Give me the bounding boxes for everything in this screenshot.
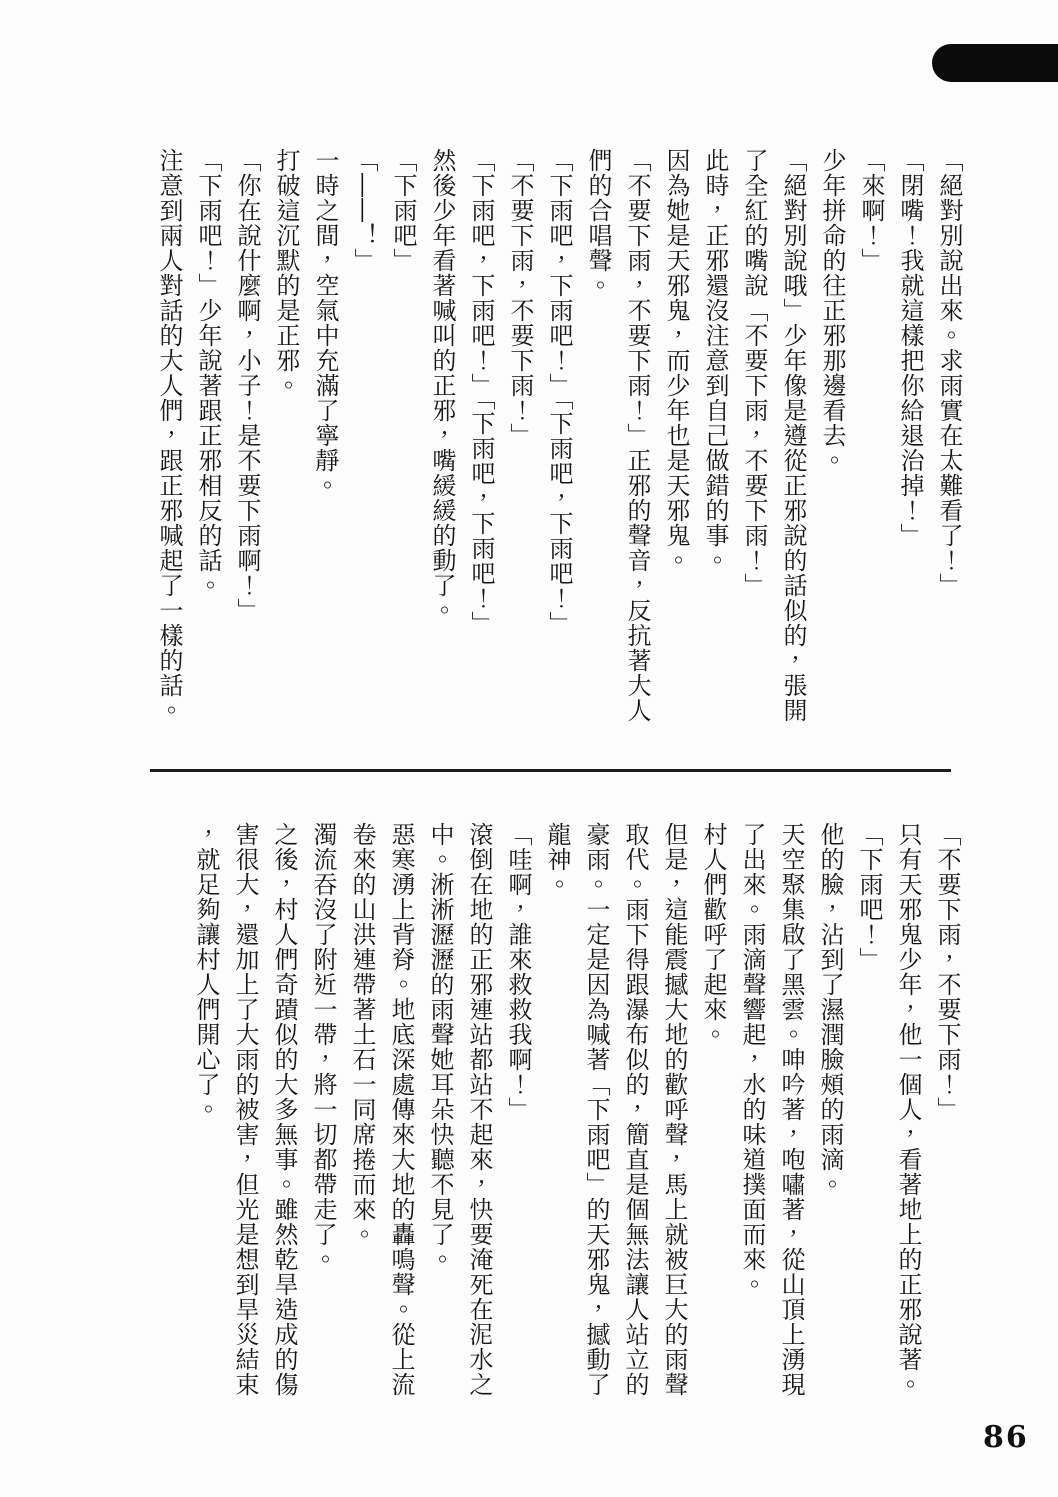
text-column: 「絕對別說哦」少年像是遵從正邪說的話似的，張開 bbox=[773, 148, 812, 726]
text-column: 「閉嘴！我就這樣把你給退治掉！」 bbox=[890, 148, 929, 726]
text-column: 了出來。雨滴聲響起，水的味道撲面而來。 bbox=[732, 822, 771, 1400]
section-divider-line bbox=[150, 769, 951, 772]
text-column: 「來啊！」 bbox=[851, 148, 890, 726]
text-column: 然後少年看著喊叫的正邪，嘴緩緩的動了。 bbox=[422, 148, 461, 726]
text-column: 只有天邪鬼少年，他一個人，看著地上的正邪說著。 bbox=[888, 822, 927, 1400]
text-column: 「下雨吧！」 bbox=[849, 822, 888, 1400]
text-column: 濁流吞沒了附近一帶，將一切都帶走了。 bbox=[303, 822, 342, 1400]
text-column: 「你在說什麼啊，小子！是不要下雨啊！」 bbox=[227, 148, 266, 726]
text-column: 少年拼命的往正邪那邊看去。 bbox=[812, 148, 851, 726]
text-column: 「下雨吧」 bbox=[383, 148, 422, 726]
text-column: 「哇啊，誰來救救我啊！」 bbox=[498, 822, 537, 1400]
text-column: 滾倒在地的正邪連站都站不起來，快要淹死在泥水之 bbox=[459, 822, 498, 1400]
text-column: 惡寒湧上背脊。地底深處傳來大地的轟鳴聲。從上流 bbox=[381, 822, 420, 1400]
text-column: 中。淅淅瀝瀝的雨聲她耳朵快聽不見了。 bbox=[420, 822, 459, 1400]
text-column: 「不要下雨，不要下雨！」 bbox=[500, 148, 539, 726]
text-column: 豪雨。一定是因為喊著「下雨吧」的天邪鬼，撼動了 bbox=[576, 822, 615, 1400]
text-column: 取代。雨下得跟瀑布似的，簡直是個無法讓人站立的 bbox=[615, 822, 654, 1400]
text-column: 們的合唱聲。 bbox=[578, 148, 617, 726]
text-column: 打破這沉默的是正邪。 bbox=[266, 148, 305, 726]
text-column: 「絕對別說出來。求雨實在太難看了！」 bbox=[929, 148, 968, 726]
text-column: 村人們歡呼了起來。 bbox=[693, 822, 732, 1400]
text-column: 因為她是天邪鬼，而少年也是天邪鬼。 bbox=[656, 148, 695, 726]
text-column: 一時之間，空氣中充滿了寧靜。 bbox=[305, 148, 344, 726]
text-column: 他的臉，沾到了濕潤臉頰的雨滴。 bbox=[810, 822, 849, 1400]
text-column: 「下雨吧，下雨吧！」「下雨吧，下雨吧！」 bbox=[461, 148, 500, 726]
text-column: 「下雨吧！」少年說著跟正邪相反的話。 bbox=[188, 148, 227, 726]
text-column: 天空聚集啟了黑雲。呻吟著，咆嘯著，從山頂上湧現 bbox=[771, 822, 810, 1400]
text-column: 「不要下雨，不要下雨！」正邪的聲音，反抗著大人 bbox=[617, 148, 656, 726]
bottom-text-block: 「不要下雨，不要下雨！」只有天邪鬼少年，他一個人，看著地上的正邪說著。「下雨吧！… bbox=[186, 822, 966, 1400]
page-number: 86 bbox=[983, 1420, 1029, 1455]
text-column: 「不要下雨，不要下雨！」 bbox=[927, 822, 966, 1400]
text-column: 「——！」 bbox=[344, 148, 383, 726]
text-column: 龍神。 bbox=[537, 822, 576, 1400]
text-column: 注意到兩人對話的大人們，跟正邪喊起了一樣的話。 bbox=[149, 148, 188, 726]
text-column: 此時，正邪還沒注意到自己做錯的事。 bbox=[695, 148, 734, 726]
chapter-tab-pill bbox=[932, 44, 1058, 82]
book-page: 「絕對別說出來。求雨實在太難看了！」「閉嘴！我就這樣把你給退治掉！」「來啊！」少… bbox=[0, 0, 1058, 1497]
text-column: 了全紅的嘴說「不要下雨，不要下雨！」 bbox=[734, 148, 773, 726]
text-column: 害很大，還加上了大雨的被害，但光是想到旱災結束 bbox=[225, 822, 264, 1400]
text-column: 但是，這能震撼大地的歡呼聲，馬上就被巨大的雨聲 bbox=[654, 822, 693, 1400]
text-column: 卷來的山洪連帶著土石一同席捲而來。 bbox=[342, 822, 381, 1400]
text-column: ，就足夠讓村人們開心了。 bbox=[186, 822, 225, 1400]
text-column: 之後，村人們奇蹟似的大多無事。雖然乾旱造成的傷 bbox=[264, 822, 303, 1400]
top-text-block: 「絕對別說出來。求雨實在太難看了！」「閉嘴！我就這樣把你給退治掉！」「來啊！」少… bbox=[149, 148, 968, 726]
text-column: 「下雨吧，下雨吧！」「下雨吧，下雨吧！」 bbox=[539, 148, 578, 726]
